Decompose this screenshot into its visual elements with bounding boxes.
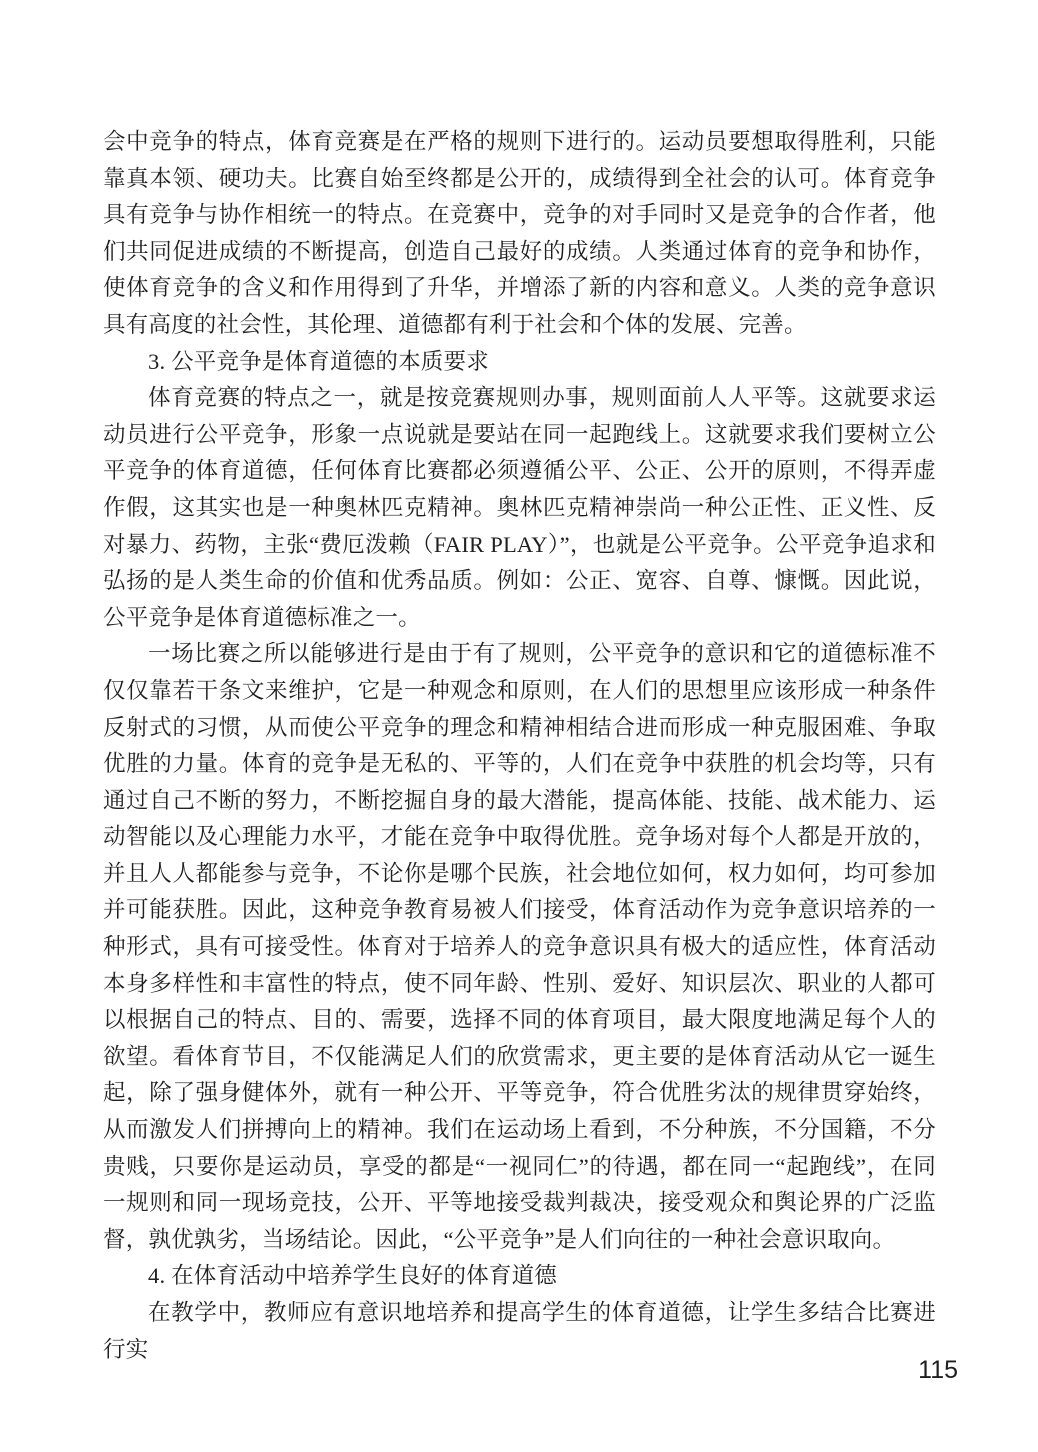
page-number: 115 xyxy=(918,1355,958,1385)
section-heading: 3. 公平竞争是体育道德的本质要求 xyxy=(103,344,936,381)
text-block: 会中竞争的特点，体育竞赛是在严格的规则下进行的。运动员要想取得胜利，只能靠真本领… xyxy=(103,124,936,1368)
section-heading: 4. 在体育活动中培养学生良好的体育道德 xyxy=(103,1258,936,1295)
paragraph: 会中竞争的特点，体育竞赛是在严格的规则下进行的。运动员要想取得胜利，只能靠真本领… xyxy=(103,124,936,344)
paragraph: 体育竞赛的特点之一，就是按竞赛规则办事，规则面前人人平等。这就要求运动员进行公平… xyxy=(103,380,936,636)
paragraph: 在教学中，教师应有意识地培养和提高学生的体育道德，让学生多结合比赛进行实 xyxy=(103,1295,936,1368)
paragraph: 一场比赛之所以能够进行是由于有了规则，公平竞争的意识和它的道德标准不仅仅靠若干条… xyxy=(103,636,936,1258)
document-page: 会中竞争的特点，体育竞赛是在严格的规则下进行的。运动员要想取得胜利，只能靠真本领… xyxy=(0,0,1038,1452)
